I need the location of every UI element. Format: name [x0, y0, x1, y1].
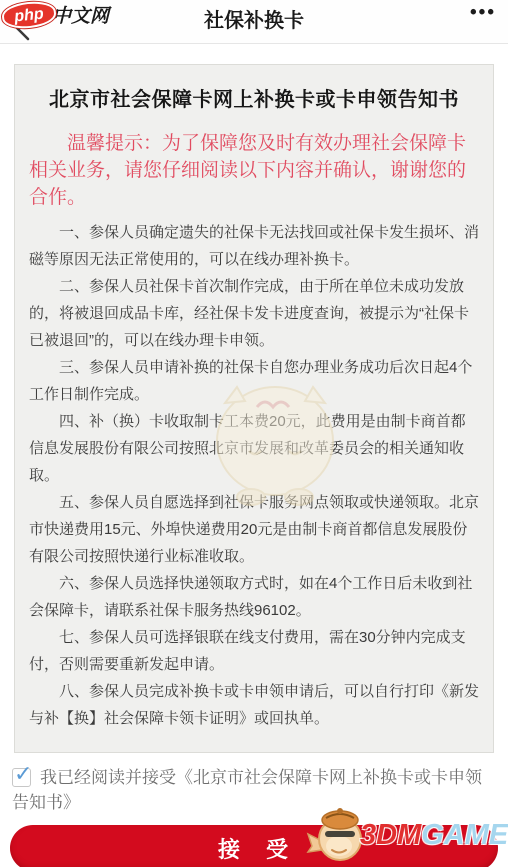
notice-paragraph: 三、参保人员申请补换的社保卡自您办理业务成功后次日起4个工作日制作完成。	[29, 354, 479, 408]
notice-warning: 温馨提示：为了保障您及时有效办理社会保障卡相关业务，请您仔细阅读以下内容并确认，…	[29, 130, 479, 211]
php-logo-text: 中文网	[52, 1, 109, 28]
more-menu-icon[interactable]: •••	[470, 0, 496, 28]
app-header: php中文网 社保补换卡 •••	[0, 0, 508, 44]
php-site-watermark: php中文网	[2, 1, 109, 28]
php-logo-icon: php	[1, 0, 57, 30]
checkmark-icon: ✓	[14, 762, 32, 786]
notice-paragraph: 一、参保人员确定遗失的社保卡无法找回或社保卡发生损坏、消磁等原因无法正常使用的，…	[29, 219, 479, 273]
notice-card: 北京市社会保障卡网上补换卡或卡申领告知书 温馨提示：为了保障您及时有效办理社会保…	[14, 64, 494, 753]
notice-title: 北京市社会保障卡网上补换卡或卡申领告知书	[29, 83, 479, 112]
notice-paragraph: 四、补（换）卡收取制卡工本费20元，此费用是由制卡商首都信息发展股份有限公司按照…	[29, 408, 479, 489]
agreement-label: 我已经阅读并接受《北京市社会保障卡网上补换卡或卡申领告知书》	[12, 768, 482, 812]
notice-paragraph: 二、参保人员社保卡首次制作完成，由于所在单位未成功发放的，将被退回成品卡库，经社…	[29, 273, 479, 354]
accept-button[interactable]: 接 受	[10, 825, 498, 867]
agreement-row[interactable]: ✓我已经阅读并接受《北京市社会保障卡网上补换卡或卡申领告知书》	[12, 765, 498, 815]
notice-paragraph: 六、参保人员选择快递领取方式时，如在4个工作日后未收到社会保障卡，请联系社保卡服…	[29, 570, 479, 624]
notice-paragraph: 八、参保人员完成补换卡或卡申领申请后，可以自行打印《新发与补【换】社会保障卡领卡…	[29, 678, 479, 732]
agreement-checkbox[interactable]: ✓	[12, 768, 31, 787]
notice-paragraph: 五、参保人员自愿选择到社保卡服务网点领取或快递领取。北京市快递费用15元、外埠快…	[29, 489, 479, 570]
notice-paragraph: 七、参保人员可选择银联在线支付费用，需在30分钟内完成支付，否则需要重新发起申请…	[29, 624, 479, 678]
